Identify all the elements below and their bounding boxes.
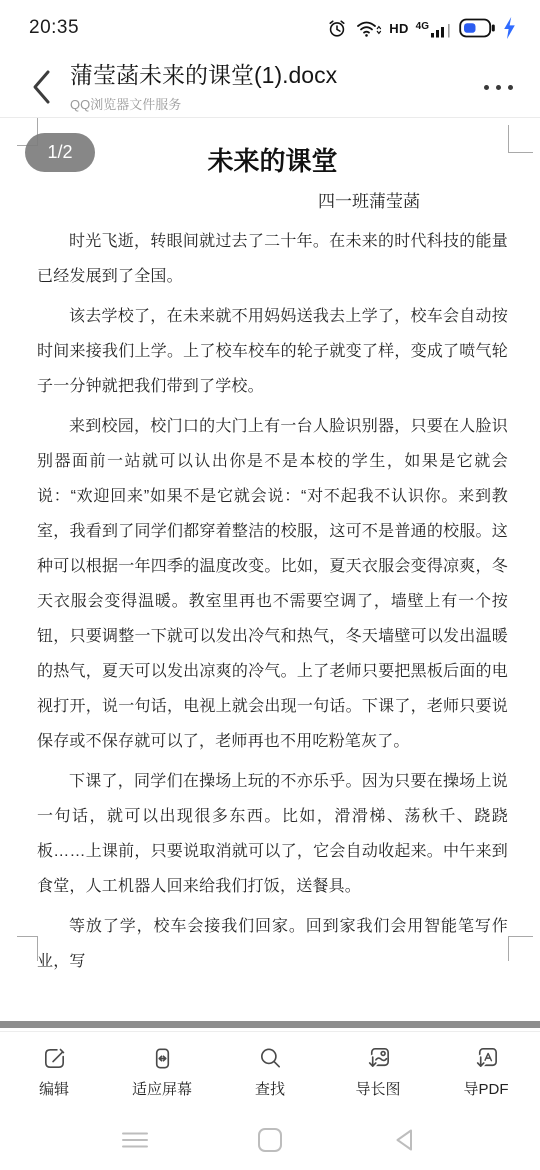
clock-time: 20:35 (29, 17, 79, 39)
alarm-clock-icon (326, 16, 348, 40)
essay-body: 时光飞逝，转眼间就过去了二十年。在未来的时代科技的能量已经发展到了全国。 该去学… (37, 224, 508, 979)
back-nav-button[interactable] (375, 1120, 435, 1160)
battery-icon (459, 15, 496, 41)
cellular-signal: 4G (416, 15, 452, 41)
more-menu-button[interactable] (478, 77, 518, 97)
edit-icon (41, 1045, 68, 1072)
document-page-view[interactable]: 1/2 未来的课堂 四一班蒲莹菡 时光飞逝，转眼间就过去了二十年。在未来的时代科… (0, 118, 540, 1021)
network-type-label: 4G (416, 21, 429, 32)
edit-button[interactable]: 编辑 (19, 1045, 89, 1099)
file-name: 蒲莹菡未来的课堂(1).docx (70, 57, 450, 90)
android-nav-bar (0, 1110, 540, 1170)
horizontal-scrollbar[interactable] (0, 1021, 540, 1028)
essay-paragraph: 时光飞逝，转眼间就过去了二十年。在未来的时代科技的能量已经发展到了全国。 (37, 224, 508, 294)
page-corner-mark-bottom-left (17, 936, 38, 961)
essay-title: 未来的课堂 (37, 144, 508, 178)
bottom-toolbar: 编辑 适应屏幕 查找 (0, 1031, 540, 1111)
essay-content: 未来的课堂 四一班蒲莹菡 时光飞逝，转眼间就过去了二十年。在未来的时代科技的能量… (37, 144, 508, 984)
file-header: 蒲莹菡未来的课堂(1).docx QQ浏览器文件服务 (0, 55, 540, 118)
export-pdf-button[interactable]: 导PDF (451, 1045, 521, 1099)
tool-label: 编辑 (39, 1078, 69, 1099)
tool-label: 适应屏幕 (132, 1078, 192, 1099)
search-icon (257, 1045, 284, 1072)
tool-label: 导PDF (463, 1078, 508, 1099)
essay-paragraph: 该去学校了，在未来就不用妈妈送我去上学了，校车会自动按时间来接我们上学。上了校车… (37, 299, 508, 404)
home-button[interactable] (240, 1120, 300, 1160)
tool-label: 导长图 (355, 1078, 400, 1099)
status-bar: 20:35 HD 4G (0, 0, 540, 55)
back-button[interactable] (30, 68, 60, 108)
file-source-label: QQ浏览器文件服务 (70, 94, 450, 113)
tool-label: 查找 (255, 1078, 285, 1099)
export-long-image-button[interactable]: 导长图 (343, 1045, 413, 1099)
status-icons: HD 4G (326, 14, 516, 42)
charging-bolt-icon (503, 16, 516, 40)
page-corner-mark-bottom-right (508, 936, 533, 961)
fit-screen-icon (149, 1045, 176, 1072)
signal-bars-icon (430, 15, 452, 41)
page-number-badge: 1/2 (25, 133, 95, 172)
wifi-icon (355, 16, 382, 40)
menu-button[interactable] (105, 1120, 165, 1160)
export-long-image-icon (365, 1045, 392, 1072)
export-pdf-icon (473, 1045, 500, 1072)
page-corner-mark-top-right (508, 125, 533, 153)
find-button[interactable]: 查找 (235, 1045, 305, 1099)
fit-screen-button[interactable]: 适应屏幕 (127, 1045, 197, 1099)
essay-author: 四一班蒲莹菡 (37, 190, 508, 214)
essay-paragraph: 等放了学，校车会接我们回家。回到家我们会用智能笔写作业，写 (37, 909, 508, 979)
hd-indicator: HD (389, 21, 408, 36)
essay-paragraph: 来到校园，校门口的大门上有一台人脸识别器，只要在人脸识别器面前一站就可以认出你是… (37, 409, 508, 759)
essay-paragraph: 下课了，同学们在操场上玩的不亦乐乎。因为只要在操场上说一句话，就可以出现很多东西… (37, 764, 508, 904)
file-title-block: 蒲莹菡未来的课堂(1).docx QQ浏览器文件服务 (70, 57, 450, 113)
